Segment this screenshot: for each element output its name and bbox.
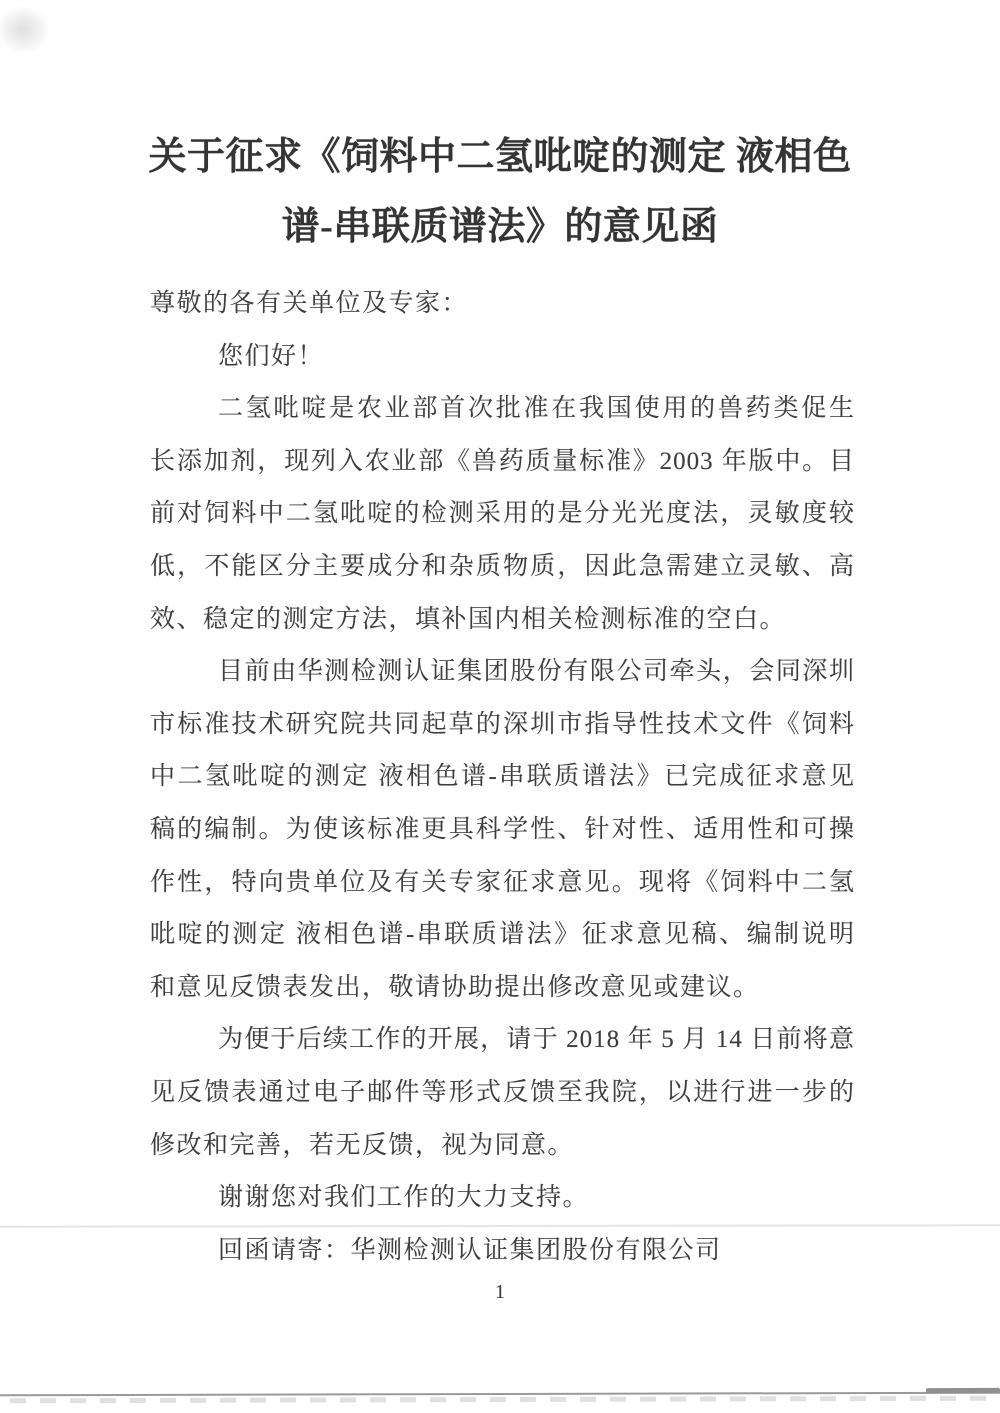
text-line: 中二氢吡啶的测定 液相色谱-串联质谱法》已完成征求意见 <box>150 751 855 804</box>
text-line: 和意见反馈表发出，敬请协助提出修改意见或建议。 <box>150 962 855 1015</box>
text-line: 低，不能区分主要成分和杂质物质，因此急需建立灵敏、高 <box>150 541 855 594</box>
page-number: 1 <box>0 1280 1000 1304</box>
document-title: 关于征求《饲料中二氢吡啶的测定 液相色 谱-串联质谱法》的意见函 <box>0 122 1000 262</box>
text-line: 二氢吡啶是农业部首次批准在我国使用的兽药类促生 <box>150 383 855 436</box>
text-line: 效、稳定的测定方法，填补国内相关检测标准的空白。 <box>150 594 855 647</box>
scan-smudge <box>0 0 64 74</box>
document-body: 尊敬的各有关单位及专家：您们好！二氢吡啶是农业部首次批准在我国使用的兽药类促生长… <box>150 278 855 1277</box>
text-line: 前对饲料中二氢吡啶的检测采用的是分光光度法，灵敏度较 <box>150 488 855 541</box>
text-line: 作性，特向贵单位及有关专家征求意见。现将《饲料中二氢 <box>150 857 855 910</box>
text-line: 市标准技术研究院共同起草的深圳市指导性技术文件《饲料 <box>150 699 855 752</box>
text-line: 尊敬的各有关单位及专家： <box>150 278 855 331</box>
scan-noise <box>10 1396 995 1404</box>
scan-artifact-line-end <box>926 1388 1000 1393</box>
text-line: 修改和完善，若无反馈，视为同意。 <box>150 1120 855 1173</box>
text-line: 稿的编制。为使该标准更具科学性、针对性、适用性和可操 <box>150 804 855 857</box>
text-line: 谢谢您对我们工作的大力支持。 <box>150 1172 855 1225</box>
text-line: 为便于后续工作的开展，请于 2018 年 5 月 14 日前将意 <box>150 1014 855 1067</box>
text-line: 回函请寄：华测检测认证集团股份有限公司 <box>150 1225 855 1278</box>
text-line: 您们好！ <box>150 331 855 384</box>
text-line: 见反馈表通过电子邮件等形式反馈至我院，以进行进一步的 <box>150 1067 855 1120</box>
text-line: 目前由华测检测认证集团股份有限公司牵头，会同深圳 <box>150 646 855 699</box>
text-line: 长添加剂，现列入农业部《兽药质量标准》2003 年版中。目 <box>150 436 855 489</box>
document-title-line: 谱-串联质谱法》的意见函 <box>0 192 1000 262</box>
text-line: 吡啶的测定 液相色谱-串联质谱法》征求意见稿、编制说明 <box>150 909 855 962</box>
document-title-line: 关于征求《饲料中二氢吡啶的测定 液相色 <box>0 122 1000 192</box>
document-page: 关于征求《饲料中二氢吡啶的测定 液相色 谱-串联质谱法》的意见函 尊敬的各有关单… <box>0 0 1000 1413</box>
